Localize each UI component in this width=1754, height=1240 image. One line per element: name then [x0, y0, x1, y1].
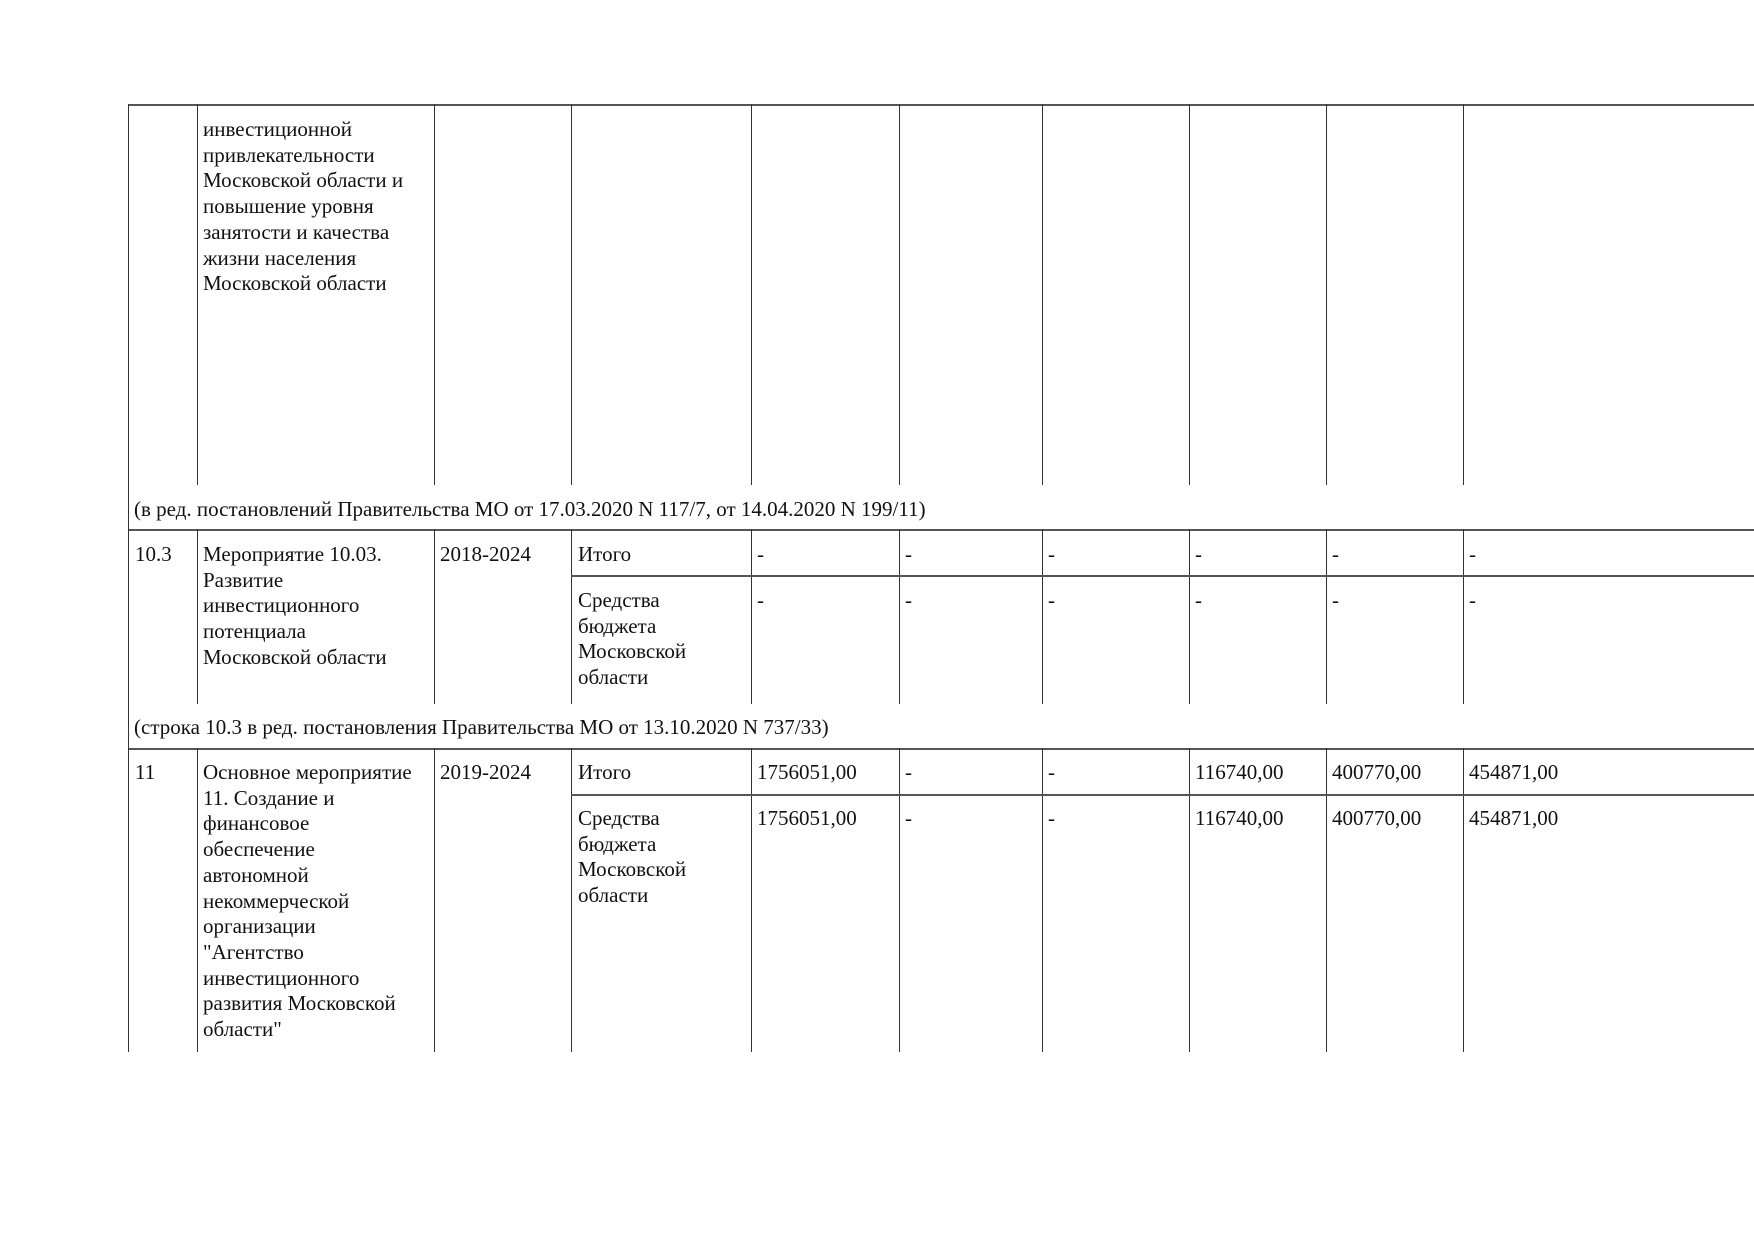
funding-value-cell: 454871,00 [1469, 806, 1558, 832]
table-border-left [128, 508, 129, 726]
amendment-note: (в ред. постановлений Правительства МО о… [134, 496, 926, 522]
column-border [1189, 104, 1190, 485]
column-border [571, 529, 572, 704]
subrow-border [571, 575, 1754, 577]
column-border [1463, 529, 1464, 704]
funding-source: Итого [578, 760, 631, 786]
funding-value-cell: 400770,00 [1332, 760, 1421, 786]
table-border-left [128, 726, 129, 1052]
column-border [434, 748, 435, 1052]
funding-value-cell: - [1048, 760, 1055, 786]
column-border [1189, 529, 1190, 704]
column-border [571, 104, 572, 485]
column-border [197, 104, 198, 485]
funding-value-cell: - [1332, 542, 1339, 568]
funding-value-cell: - [757, 542, 764, 568]
row-border [128, 529, 1754, 531]
column-border [751, 104, 752, 485]
row-name: Основное мероприятие 11. Создание и фина… [203, 760, 412, 1043]
funding-value-cell: - [757, 588, 764, 614]
funding-source: Средства бюджета Московской области [578, 588, 686, 691]
funding-value-cell: 454871,00 [1469, 760, 1558, 786]
row-name: Мероприятие 10.03. Развитие инвестиционн… [203, 542, 387, 671]
funding-value-cell: - [905, 588, 912, 614]
funding-value-cell: - [1195, 542, 1202, 568]
funding-value-cell: 400770,00 [1332, 806, 1421, 832]
column-border [1463, 104, 1464, 485]
row-border [128, 748, 1754, 750]
funding-value-cell: - [1048, 806, 1055, 832]
column-border [197, 529, 198, 704]
funding-value-cell: 116740,00 [1195, 760, 1283, 786]
funding-value-cell: - [1195, 588, 1202, 614]
column-border [899, 104, 900, 485]
row-number: 10.3 [135, 542, 172, 568]
funding-value-cell: 1756051,00 [757, 806, 857, 832]
funding-value-cell: - [1469, 588, 1476, 614]
funding-source: Средства бюджета Московской области [578, 806, 686, 909]
table-border-left [128, 104, 129, 508]
column-border [434, 104, 435, 485]
column-border [1326, 104, 1327, 485]
funding-value-cell: 116740,00 [1195, 806, 1283, 832]
amendment-note: (строка 10.3 в ред. постановления Правит… [134, 714, 829, 740]
funding-value-cell: - [1048, 542, 1055, 568]
funding-source: Итого [578, 542, 631, 568]
funding-value-cell: - [1469, 542, 1476, 568]
column-border [751, 529, 752, 704]
row-number: 11 [135, 760, 155, 786]
funding-value-cell: - [1048, 588, 1055, 614]
funding-value-cell: - [905, 542, 912, 568]
row-period: 2018-2024 [440, 542, 531, 568]
row-period: 2019-2024 [440, 760, 531, 786]
funding-value-cell: - [905, 760, 912, 786]
table-border-top [128, 104, 1754, 106]
column-border [434, 529, 435, 704]
column-border [1042, 104, 1043, 485]
funding-value-cell: - [1332, 588, 1339, 614]
funding-value-cell: - [905, 806, 912, 832]
column-border [899, 529, 900, 704]
column-border [1326, 529, 1327, 704]
funding-value-cell: 1756051,00 [757, 760, 857, 786]
column-border [197, 748, 198, 1052]
column-border [1042, 529, 1043, 704]
row-name-continuation: инвестиционной привлекательности Московс… [203, 117, 403, 297]
subrow-border [571, 794, 1754, 796]
